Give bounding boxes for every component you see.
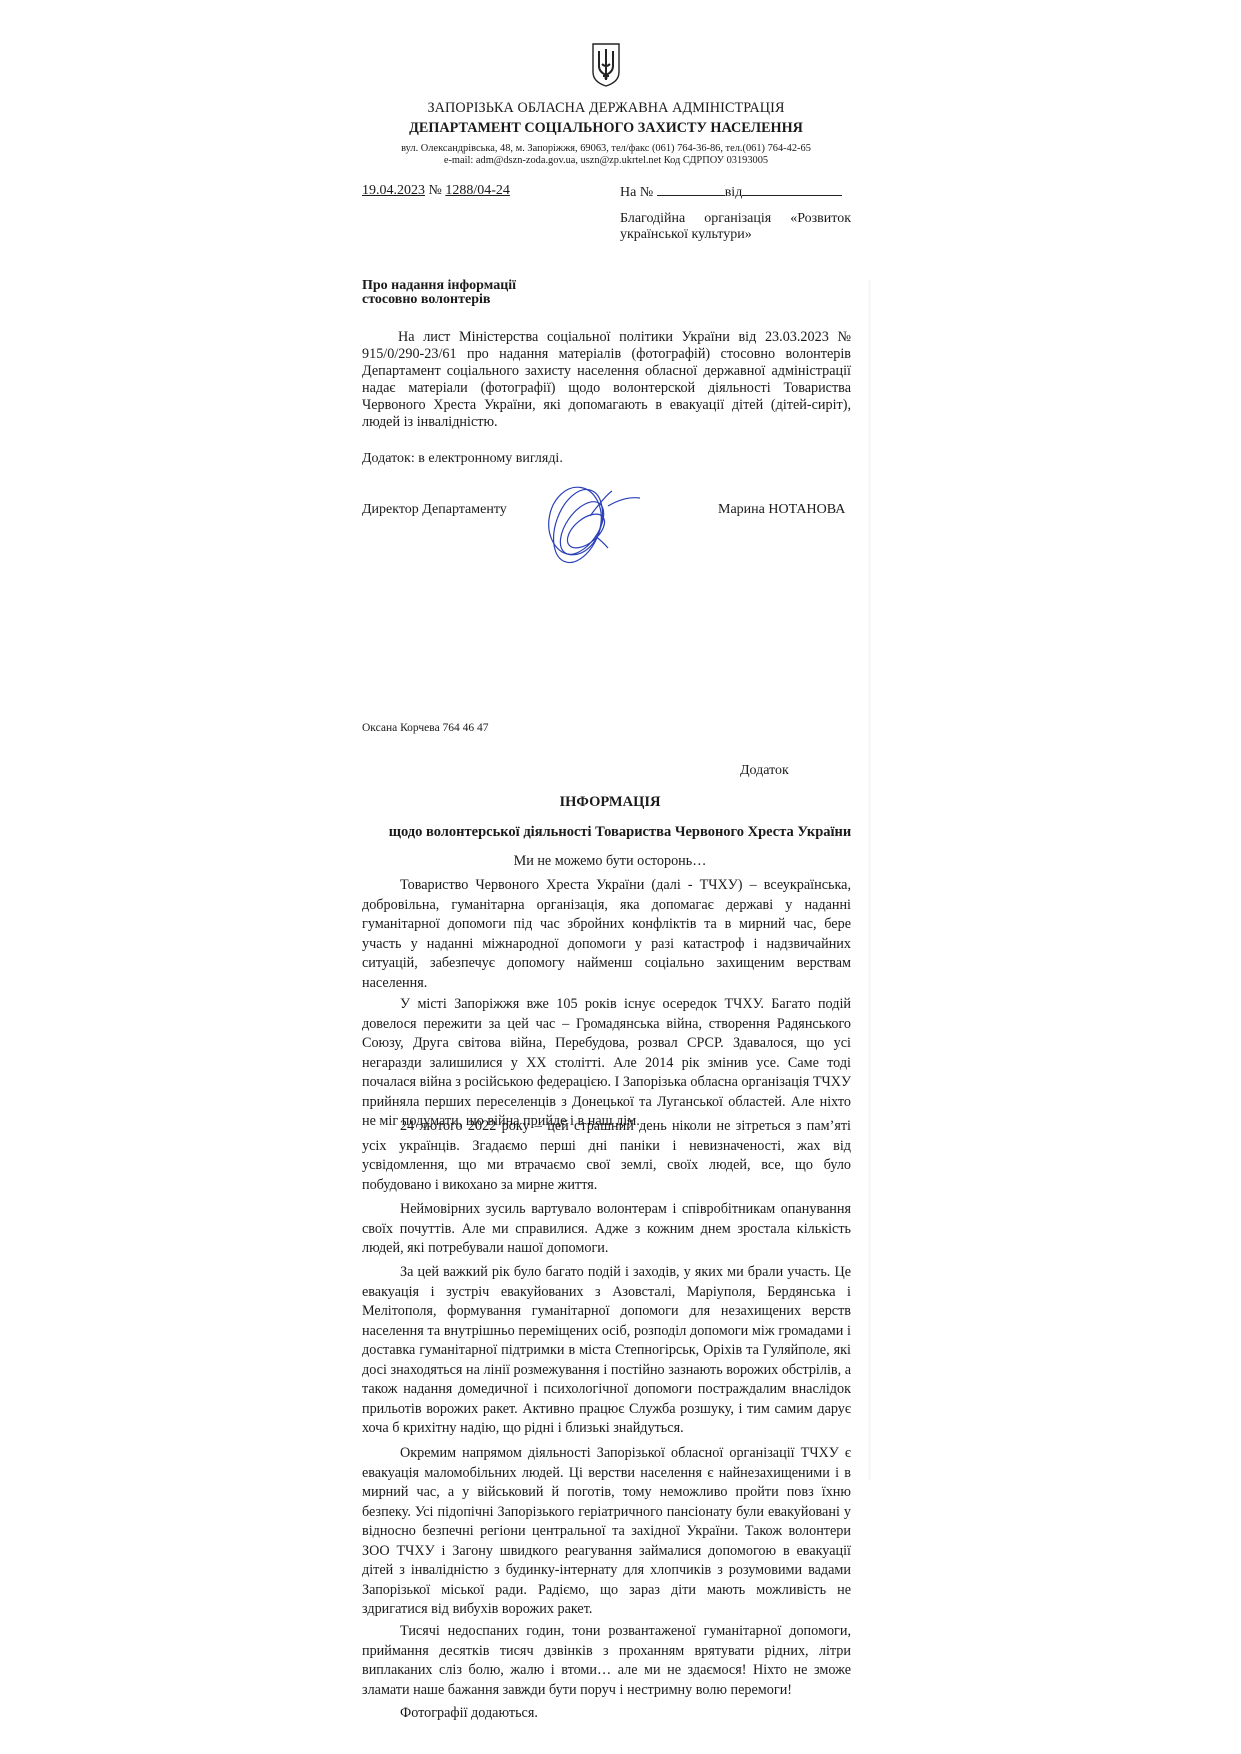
reference-field: На № від <box>620 183 842 201</box>
ref-date-blank <box>742 183 842 196</box>
department-name: ДЕПАРТАМЕНТ СОЦІАЛЬНОГО ЗАХИСТУ НАСЕЛЕНН… <box>340 120 872 137</box>
signer-position: Директор Департаменту <box>362 502 507 518</box>
contact-line: e-mail: adm@dszn-zoda.gov.ua, uszn@zp.uk… <box>340 155 872 166</box>
document-page: ЗАПОРІЗЬКА ОБЛАСНА ДЕРЖАВНА АДМІНІСТРАЦІ… <box>0 0 1241 1754</box>
appendix-paragraph: Фотографії додаються. <box>362 1704 851 1724</box>
addressee: Благодійна організація «Розвиток українс… <box>620 211 851 243</box>
subject-line-2: стосовно волонтерів <box>362 293 516 307</box>
registration-number-value: 1288/04-24 <box>445 183 510 198</box>
registration-number: 19.04.2023 № 1288/04-24 <box>362 183 510 199</box>
scan-artifact <box>868 280 871 1480</box>
tryzub-emblem-icon <box>591 42 621 88</box>
paragraph-text: Тисячі недоспаних годин, тони розвантаже… <box>362 1623 851 1698</box>
appendix-paragraph: У місті Запоріжжя вже 105 років існує ос… <box>362 995 851 1132</box>
appendix-paragraph: 24 лютого 2022 року – цей страшний день … <box>362 1117 851 1195</box>
appendix-paragraph: Неймовірних зусиль вартувало волонтерам … <box>362 1200 851 1259</box>
appendix-paragraph: За цей важкий рік було багато подій і за… <box>362 1263 851 1439</box>
paragraph-text: Товариство Червоного Хреста України (дал… <box>362 877 851 991</box>
appendix-motto: Ми не можемо бути осторонь… <box>340 853 880 870</box>
subject-line-1: Про надання інформації <box>362 279 516 293</box>
paragraph-text: За цей важкий рік було багато подій і за… <box>362 1264 851 1436</box>
paragraph-text: У місті Запоріжжя вже 105 років існує ос… <box>362 996 851 1129</box>
handwritten-signature-icon <box>530 476 650 576</box>
appendix-paragraph: Окремим напрямом діяльності Запорізької … <box>362 1444 851 1620</box>
paragraph-text: Неймовірних зусиль вартувало волонтерам … <box>362 1201 851 1256</box>
ref-label: На № <box>620 185 653 200</box>
signer-name: Марина НОТАНОВА <box>718 502 845 518</box>
paragraph-text: Окремим напрямом діяльності Запорізької … <box>362 1445 851 1617</box>
attachment-note: Додаток: в електронному вигляді. <box>362 451 563 467</box>
appendix-paragraph: Товариство Червоного Хреста України (дал… <box>362 876 851 993</box>
letter-body: На лист Міністерства соціальної політики… <box>362 329 851 431</box>
registration-date: 19.04.2023 <box>362 183 425 198</box>
letter-subject: Про надання інформації стосовно волонтер… <box>362 279 516 307</box>
paragraph-text: Фотографії додаються. <box>400 1705 538 1721</box>
org-name: ЗАПОРІЗЬКА ОБЛАСНА ДЕРЖАВНА АДМІНІСТРАЦІ… <box>340 100 872 117</box>
appendix-subtitle: щодо волонтерської діяльності Товариства… <box>350 824 890 841</box>
address-line: вул. Олександрівська, 48, м. Запоріжжя, … <box>340 143 872 154</box>
letter-body-text: На лист Міністерства соціальної політики… <box>362 329 851 430</box>
executor-contact: Оксана Корчева 764 46 47 <box>362 722 489 734</box>
appendix-paragraph: Тисячі недоспаних годин, тони розвантаже… <box>362 1622 851 1700</box>
ref-from-label: від <box>725 185 743 200</box>
ref-number-blank <box>657 183 725 196</box>
appendix-title: ІНФОРМАЦІЯ <box>340 794 880 811</box>
paragraph-text: 24 лютого 2022 року – цей страшний день … <box>362 1118 851 1193</box>
number-sign: № <box>429 183 442 198</box>
appendix-label: Додаток <box>740 763 789 779</box>
